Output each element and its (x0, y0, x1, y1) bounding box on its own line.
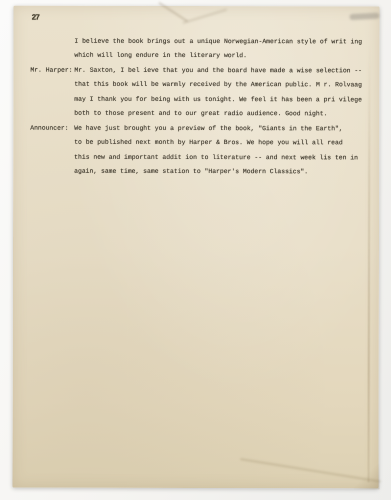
typed-line: may I thank you for being with us tonigh… (30, 92, 372, 107)
line-text: We have just brought you a preview of th… (74, 121, 342, 136)
scanned-paper-page: 27 I believe the book brings out a uniqu… (12, 6, 379, 489)
ink-smudge (349, 13, 379, 20)
line-text: I believe the book brings out a unique N… (74, 35, 362, 50)
line-text: that this book will be warmly received b… (74, 78, 362, 93)
line-text: to be published next month by Harper & B… (74, 136, 342, 151)
typed-line: this new and important addit ion to lite… (30, 150, 372, 165)
typed-line: which will long endure in the literary w… (30, 49, 372, 64)
speaker-label-mr-harper: Mr. Harper: (30, 64, 72, 79)
typed-line: Mr. Harper: Mr. Saxton, I bel ieve that … (30, 64, 372, 79)
line-text: may I thank you for being with us tonigh… (74, 92, 362, 107)
typed-line: I believe the book brings out a unique N… (30, 35, 372, 50)
paper-corner-fold (353, 463, 379, 489)
typed-line: Announcer: We have just brought you a pr… (30, 121, 372, 136)
typed-line: that this book will be warmly received b… (30, 78, 372, 93)
line-text: Mr. Saxton, I bel ieve that you and the … (74, 64, 362, 79)
typed-line: to be published next month by Harper & B… (30, 136, 372, 151)
typed-text-block: I believe the book brings out a unique N… (30, 35, 372, 180)
speaker-label-announcer: Announcer: (30, 121, 68, 136)
line-text: this new and important addit ion to lite… (74, 150, 358, 165)
line-text: again, same time, same station to "Harpe… (74, 165, 308, 180)
line-text: both to those present and to our great r… (74, 107, 327, 122)
line-text: which will long endure in the literary w… (74, 49, 247, 64)
page-number: 27 (31, 14, 39, 23)
paper-crease-top (182, 9, 227, 24)
typed-line: both to those present and to our great r… (30, 107, 372, 122)
typed-line: again, same time, same station to "Harpe… (30, 165, 372, 180)
